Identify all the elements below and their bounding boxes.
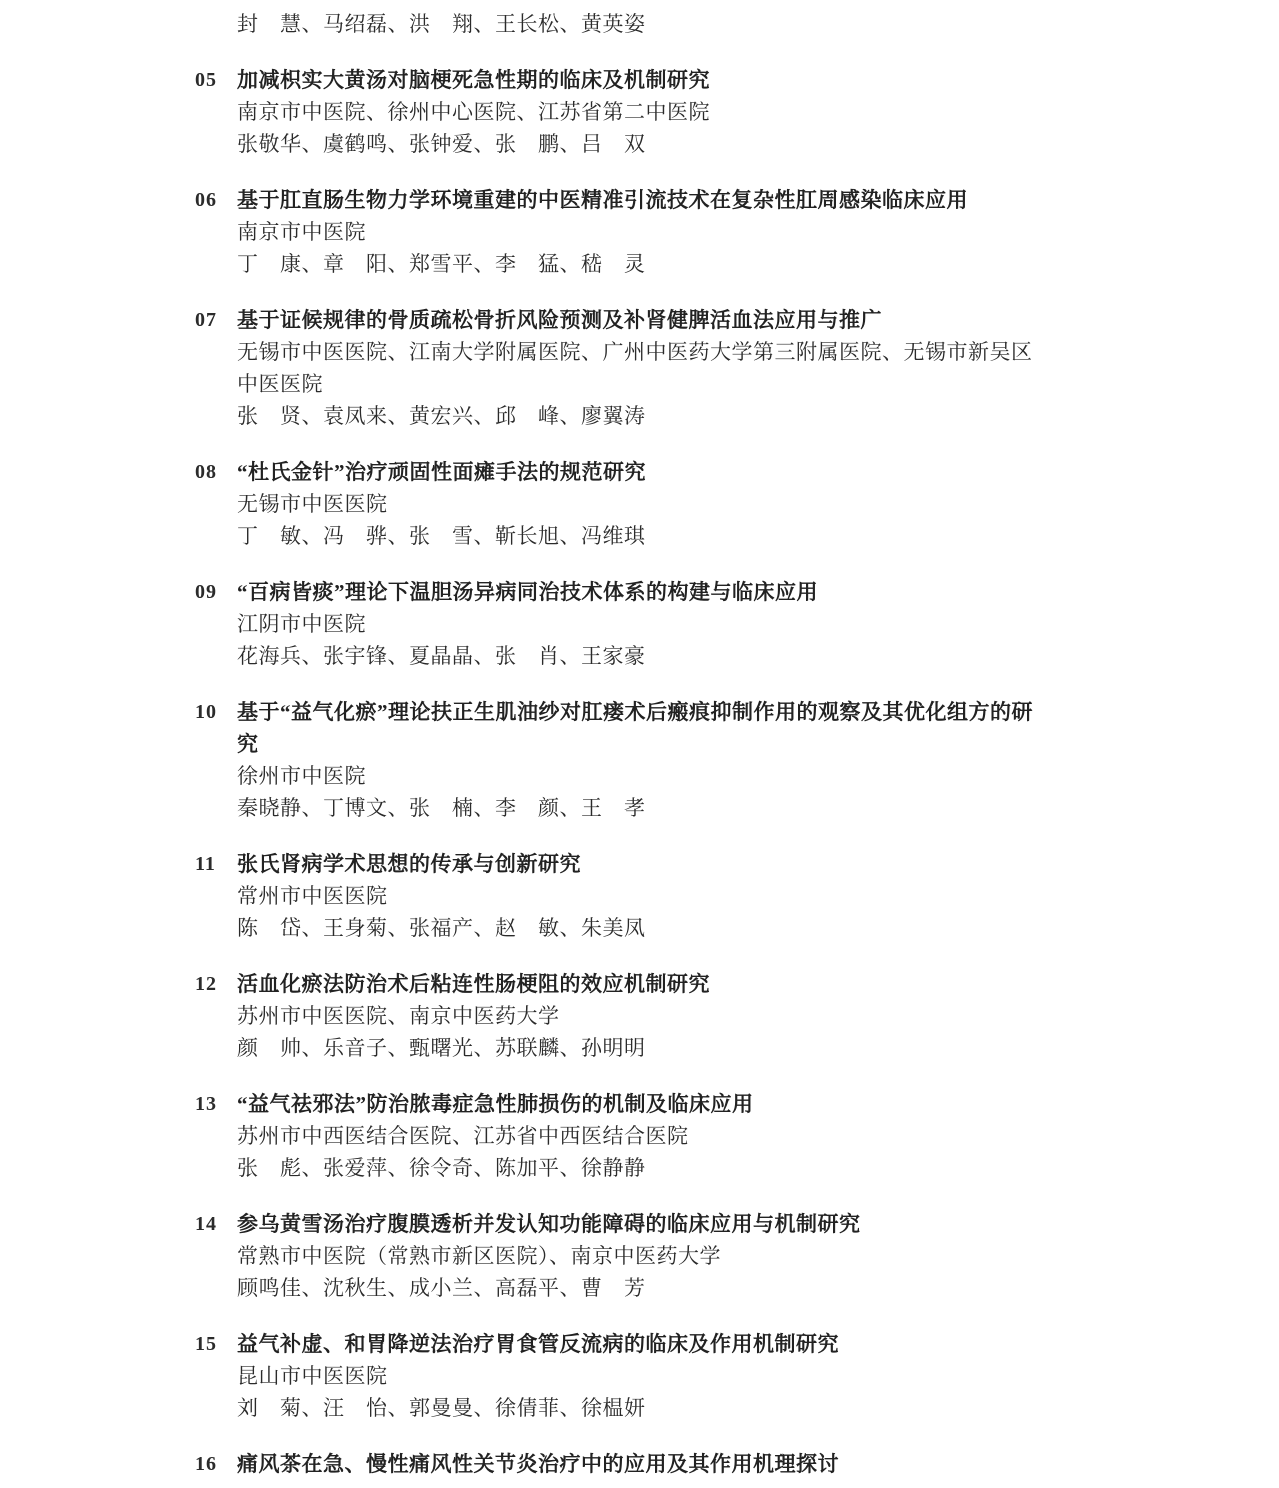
item-authors: 张 彪、张爱萍、徐令奇、陈加平、徐静静 (237, 1152, 1047, 1184)
item-number: 08 (195, 456, 237, 488)
list-item: 05 加减枳实大黄汤对脑梗死急性期的临床及机制研究 南京市中医院、徐州中心医院、… (195, 64, 1279, 160)
item-title: 痛风茶在急、慢性痛风性关节炎治疗中的应用及其作用机理探讨 (237, 1448, 1047, 1480)
item-authors: 陈 岱、王身菊、张福产、赵 敏、朱美凤 (237, 912, 1047, 944)
item-content: 益气补虚、和胃降逆法治疗胃食管反流病的临床及作用机制研究 昆山市中医医院 刘 菊… (237, 1328, 1047, 1424)
item-institutions: 苏州市中西医结合医院、江苏省中西医结合医院 (237, 1120, 1047, 1152)
list-item: 09 “百病皆痰”理论下温胆汤异病同治技术体系的构建与临床应用 江阴市中医院 花… (195, 576, 1279, 672)
item-authors: 丁 敏、冯 骅、张 雪、靳长旭、冯维琪 (237, 520, 1047, 552)
item-content: 张氏肾病学术思想的传承与创新研究 常州市中医医院 陈 岱、王身菊、张福产、赵 敏… (237, 848, 1047, 944)
list-item: 08 “杜氏金针”治疗顽固性面瘫手法的规范研究 无锡市中医医院 丁 敏、冯 骅、… (195, 456, 1279, 552)
item-title: 基于“益气化瘀”理论扶正生肌油纱对肛瘘术后瘢痕抑制作用的观察及其优化组方的研究 (237, 696, 1047, 760)
continuation-authors: 封 慧、马绍磊、洪 翔、王长松、黄英姿 (237, 8, 1047, 40)
list-item: 11 张氏肾病学术思想的传承与创新研究 常州市中医医院 陈 岱、王身菊、张福产、… (195, 848, 1279, 944)
document-page: { "ink_color": "#2b2b2b", "document": { … (0, 0, 1279, 1488)
item-title: 加减枳实大黄汤对脑梗死急性期的临床及机制研究 (237, 64, 1047, 96)
item-institutions: 苏州市中医医院、南京中医药大学 (237, 1000, 1047, 1032)
item-institutions: 无锡市中医医院 (237, 488, 1047, 520)
list-item: 06 基于肛直肠生物力学环境重建的中医精准引流技术在复杂性肛周感染临床应用 南京… (195, 184, 1279, 280)
item-authors: 张 贤、袁凤来、黄宏兴、邱 峰、廖翼涛 (237, 400, 1047, 432)
item-authors: 花海兵、张宇锋、夏晶晶、张 肖、王家豪 (237, 640, 1047, 672)
item-authors: 顾鸣佳、沈秋生、成小兰、高磊平、曹 芳 (237, 1272, 1047, 1304)
item-content: 活血化瘀法防治术后粘连性肠梗阻的效应机制研究 苏州市中医医院、南京中医药大学 颜… (237, 968, 1047, 1064)
item-content: 参乌黄雪汤治疗腹膜透析并发认知功能障碍的临床应用与机制研究 常熟市中医院（常熟市… (237, 1208, 1047, 1304)
list-item: 10 基于“益气化瘀”理论扶正生肌油纱对肛瘘术后瘢痕抑制作用的观察及其优化组方的… (195, 696, 1279, 824)
item-authors: 张敬华、虞鹤鸣、张钟爱、张 鹏、吕 双 (237, 128, 1047, 160)
item-institutions: 江阴市中医院 (237, 608, 1047, 640)
list-item: 16 痛风茶在急、慢性痛风性关节炎治疗中的应用及其作用机理探讨 (195, 1448, 1279, 1480)
item-institutions: 南京市中医院 (237, 216, 1047, 248)
item-institutions: 昆山市中医医院 (237, 1360, 1047, 1392)
item-content: 基于“益气化瘀”理论扶正生肌油纱对肛瘘术后瘢痕抑制作用的观察及其优化组方的研究 … (237, 696, 1047, 824)
list-item: 15 益气补虚、和胃降逆法治疗胃食管反流病的临床及作用机制研究 昆山市中医医院 … (195, 1328, 1279, 1424)
list-item: 12 活血化瘀法防治术后粘连性肠梗阻的效应机制研究 苏州市中医医院、南京中医药大… (195, 968, 1279, 1064)
item-content: 痛风茶在急、慢性痛风性关节炎治疗中的应用及其作用机理探讨 (237, 1448, 1047, 1480)
item-title: 基于肛直肠生物力学环境重建的中医精准引流技术在复杂性肛周感染临床应用 (237, 184, 1047, 216)
item-content: “杜氏金针”治疗顽固性面瘫手法的规范研究 无锡市中医医院 丁 敏、冯 骅、张 雪… (237, 456, 1047, 552)
item-title: “百病皆痰”理论下温胆汤异病同治技术体系的构建与临床应用 (237, 576, 1047, 608)
item-authors: 秦晓静、丁博文、张 楠、李 颜、王 孝 (237, 792, 1047, 824)
list-item: 13 “益气祛邪法”防治脓毒症急性肺损伤的机制及临床应用 苏州市中西医结合医院、… (195, 1088, 1279, 1184)
item-content: 基于肛直肠生物力学环境重建的中医精准引流技术在复杂性肛周感染临床应用 南京市中医… (237, 184, 1047, 280)
item-title: “杜氏金针”治疗顽固性面瘫手法的规范研究 (237, 456, 1047, 488)
item-number: 15 (195, 1328, 237, 1360)
item-title: 益气补虚、和胃降逆法治疗胃食管反流病的临床及作用机制研究 (237, 1328, 1047, 1360)
item-title: 参乌黄雪汤治疗腹膜透析并发认知功能障碍的临床应用与机制研究 (237, 1208, 1047, 1240)
item-number: 11 (195, 848, 237, 880)
item-number: 14 (195, 1208, 237, 1240)
item-number: 05 (195, 64, 237, 96)
item-content: “百病皆痰”理论下温胆汤异病同治技术体系的构建与临床应用 江阴市中医院 花海兵、… (237, 576, 1047, 672)
item-number: 16 (195, 1448, 237, 1480)
item-number: 09 (195, 576, 237, 608)
item-institutions: 常州市中医医院 (237, 880, 1047, 912)
entries-container: 05 加减枳实大黄汤对脑梗死急性期的临床及机制研究 南京市中医院、徐州中心医院、… (195, 64, 1279, 1480)
item-title: 张氏肾病学术思想的传承与创新研究 (237, 848, 1047, 880)
item-institutions: 无锡市中医医院、江南大学附属医院、广州中医药大学第三附属医院、无锡市新吴区中医医… (237, 336, 1047, 400)
item-title: 基于证候规律的骨质疏松骨折风险预测及补肾健脾活血法应用与推广 (237, 304, 1047, 336)
item-number: 06 (195, 184, 237, 216)
list-item: 07 基于证候规律的骨质疏松骨折风险预测及补肾健脾活血法应用与推广 无锡市中医医… (195, 304, 1279, 432)
item-number: 13 (195, 1088, 237, 1120)
item-number: 12 (195, 968, 237, 1000)
item-institutions: 徐州市中医院 (237, 760, 1047, 792)
item-content: “益气祛邪法”防治脓毒症急性肺损伤的机制及临床应用 苏州市中西医结合医院、江苏省… (237, 1088, 1047, 1184)
list-item: 14 参乌黄雪汤治疗腹膜透析并发认知功能障碍的临床应用与机制研究 常熟市中医院（… (195, 1208, 1279, 1304)
item-authors: 颜 帅、乐音子、甄曙光、苏联麟、孙明明 (237, 1032, 1047, 1064)
item-content: 基于证候规律的骨质疏松骨折风险预测及补肾健脾活血法应用与推广 无锡市中医医院、江… (237, 304, 1047, 432)
item-content: 加减枳实大黄汤对脑梗死急性期的临床及机制研究 南京市中医院、徐州中心医院、江苏省… (237, 64, 1047, 160)
item-authors: 刘 菊、汪 怡、郭曼曼、徐倩菲、徐榅妍 (237, 1392, 1047, 1424)
item-institutions: 常熟市中医院（常熟市新区医院）、南京中医药大学 (237, 1240, 1047, 1272)
item-title: 活血化瘀法防治术后粘连性肠梗阻的效应机制研究 (237, 968, 1047, 1000)
project-list: 封 慧、马绍磊、洪 翔、王长松、黄英姿 05 加减枳实大黄汤对脑梗死急性期的临床… (0, 0, 1279, 1480)
item-institutions: 南京市中医院、徐州中心医院、江苏省第二中医院 (237, 96, 1047, 128)
item-title: “益气祛邪法”防治脓毒症急性肺损伤的机制及临床应用 (237, 1088, 1047, 1120)
item-number: 07 (195, 304, 237, 336)
item-number: 10 (195, 696, 237, 728)
item-authors: 丁 康、章 阳、郑雪平、李 猛、嵇 灵 (237, 248, 1047, 280)
